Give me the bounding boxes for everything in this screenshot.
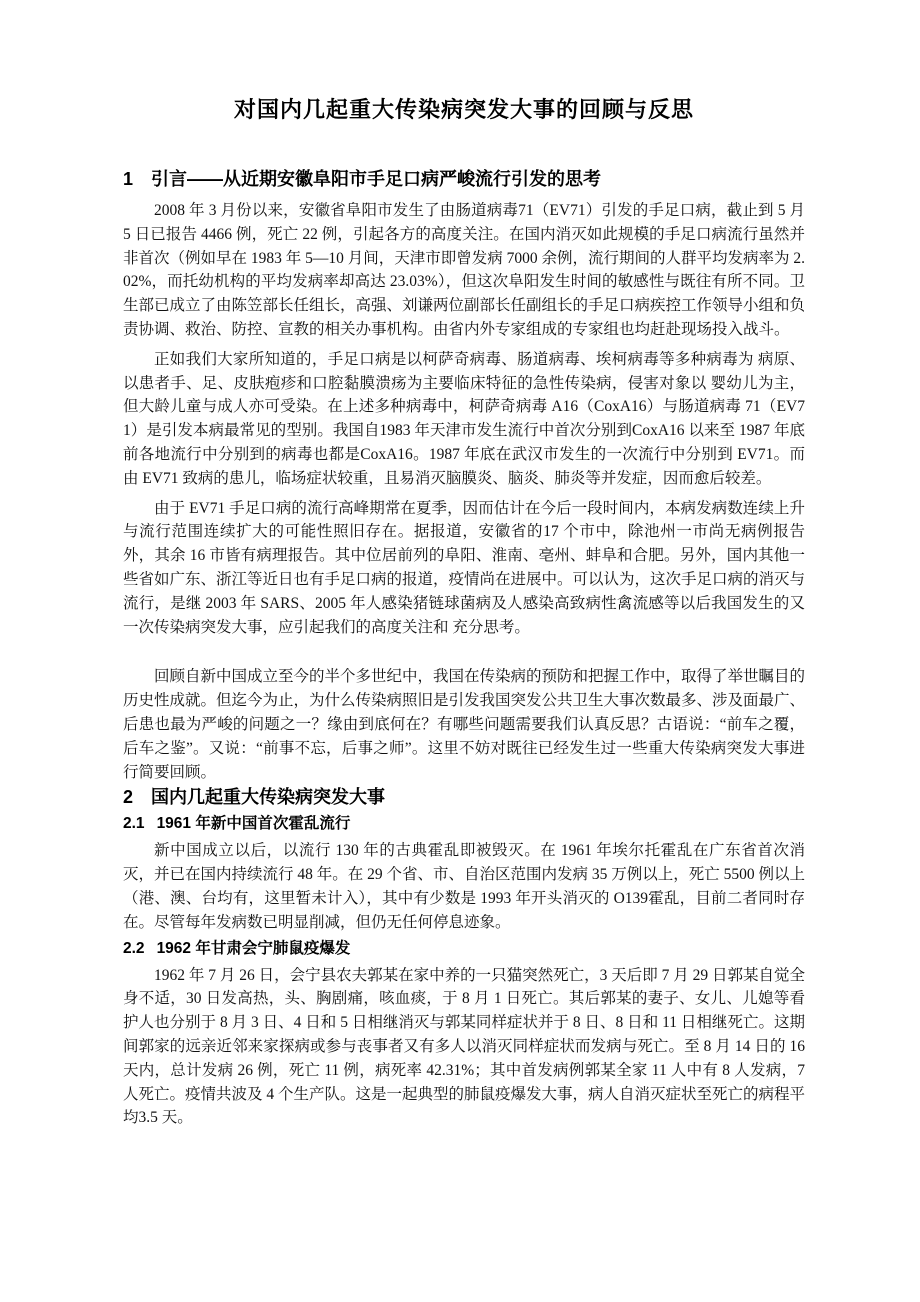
section-1-number: 1 bbox=[123, 169, 133, 189]
intro-paragraph-1: 2008 年 3 月份以来，安徽省阜阳市发生了由肠道病毒71（EV71）引发的手… bbox=[123, 199, 805, 342]
cholera-paragraph: 新中国成立以后，以流行 130 年的古典霍乱即被毁灭。在 1961 年埃尔托霍乱… bbox=[123, 839, 805, 934]
subsection-2-2-number: 2.2 bbox=[123, 940, 145, 957]
intro-paragraph-3: 由于 EV71 手足口病的流行高峰期常在夏季，因而估计在今后一段时间内，本病发病… bbox=[123, 497, 805, 640]
section-2-number: 2 bbox=[123, 787, 133, 807]
section-1-heading: 1引言——从近期安徽阜阳市手足口病严峻流行引发的思考 bbox=[123, 166, 805, 192]
subsection-2-1-number: 2.1 bbox=[123, 815, 145, 832]
section-1-title: 引言——从近期安徽阜阳市手足口病严峻流行引发的思考 bbox=[151, 169, 601, 189]
section-2-heading: 2国内几起重大传染病突发大事 bbox=[123, 784, 805, 810]
intro-paragraph-2: 正如我们大家所知道的，手足口病是以柯萨奇病毒、肠道病毒、埃柯病毒等多种病毒为 病… bbox=[123, 348, 805, 491]
plague-paragraph: 1962 年 7 月 26 日，会宁县农夫郭某在家中养的一只猫突然死亡，3 天后… bbox=[123, 964, 805, 1131]
document-page: 对国内几起重大传染病突发大事的回顾与反思 1引言——从近期安徽阜阳市手足口病严峻… bbox=[0, 0, 920, 1302]
subsection-2-2-heading: 2.21962 年甘肃会宁肺鼠疫爆发 bbox=[123, 937, 805, 961]
document-title: 对国内几起重大传染病突发大事的回顾与反思 bbox=[123, 94, 805, 126]
subsection-2-2-title: 1962 年甘肃会宁肺鼠疫爆发 bbox=[157, 940, 351, 957]
intro-paragraph-4: 回顾自新中国成立至今的半个多世纪中，我国在传染病的预防和把握工作中，取得了举世瞩… bbox=[123, 665, 805, 784]
subsection-2-1-title: 1961 年新中国首次霍乱流行 bbox=[157, 815, 351, 832]
subsection-2-1-heading: 2.11961 年新中国首次霍乱流行 bbox=[123, 812, 805, 836]
section-2-title: 国内几起重大传染病突发大事 bbox=[151, 787, 385, 807]
